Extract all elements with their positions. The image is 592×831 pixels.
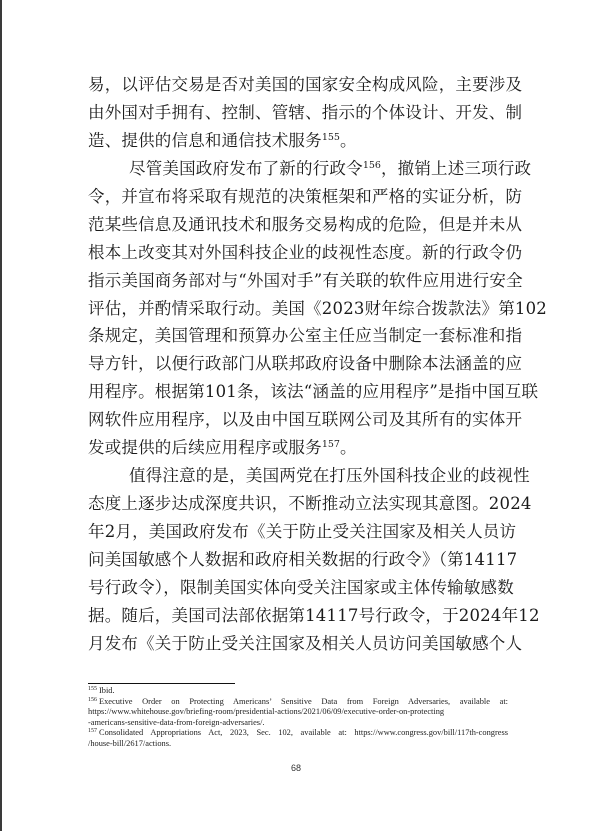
line-text: 由外国对手拥有、控制、管辖、指示的个体设计、开发、制 (88, 103, 522, 122)
body-line: 年2月，美国政府发布《关于防止受关注国家及相关人员访 (88, 518, 508, 546)
line-text: 尽管美国政府发布了新的行政令 (129, 159, 363, 178)
footnotes: 155Ibid. 156Executive Order on Protectin… (88, 686, 508, 750)
body-line: 易，以评估交易是否对美国的国家安全构成风险，主要涉及 (88, 71, 508, 99)
line-text: 。 (340, 438, 357, 457)
body-line: 指示美国商务部对与“外国对手”有关联的软件应用进行安全 (88, 267, 508, 295)
line-text: 易，以评估交易是否对美国的国家安全构成风险，主要涉及 (88, 75, 522, 94)
body-line: 号行政令），限制美国实体向受关注国家或主体传输敏感数 (88, 574, 508, 602)
body-line: 条规定，美国管理和预算办公室主任应当制定一套标准和指 (88, 322, 508, 350)
footnote-separator (88, 683, 235, 684)
line-text: 网软件应用程序，以及由中国互联网公司及其所有的实体开 (88, 410, 522, 429)
body-line: 发或提供的后续应用程序或服务157。 (88, 434, 508, 462)
footnote-ref-156[interactable]: 156 (363, 160, 381, 171)
footnote-text: Consolidated Appropriations Act, 2023, S… (99, 728, 508, 737)
line-text: 年2月，美国政府发布《关于防止受关注国家及相关人员访 (88, 522, 516, 541)
footnote-text: Executive Order on Protecting Americans’… (99, 697, 508, 706)
line-text: 值得注意的是，美国两党在打压外国科技企业的歧视性 (129, 466, 530, 485)
footnote-ref-155[interactable]: 155 (322, 132, 340, 143)
line-text: 月发布《关于防止受关注国家及相关人员访问美国敏感个人 (88, 634, 522, 653)
body-line: 月发布《关于防止受关注国家及相关人员访问美国敏感个人 (88, 630, 508, 658)
footnote-text: Ibid. (99, 686, 115, 695)
line-text: 造、提供的信息和通信技术服务 (88, 131, 322, 150)
body-line: 用程序。根据第101条，该法“涵盖的应用程序”是指中国互联 (88, 378, 508, 406)
line-text: 。 (340, 131, 357, 150)
footnote-link[interactable]: -americans-sensitive-data-from-foreign-a… (88, 718, 265, 727)
footnote-156-url-cont[interactable]: -americans-sensitive-data-from-foreign-a… (88, 718, 508, 729)
body-line: 问美国敏感个人数据和政府相关数据的行政令》（第14117 (88, 546, 508, 574)
line-text: 据。随后，美国司法部依据第14117号行政令，于2024年12 (88, 606, 540, 625)
line-text: 根本上改变其对外国科技企业的歧视性态度。新的行政令仍 (88, 243, 522, 262)
body-line: 根本上改变其对外国科技企业的歧视性态度。新的行政令仍 (88, 239, 508, 267)
page-left-border (0, 0, 2, 831)
footnote-number: 157 (88, 728, 97, 734)
body-line: 网软件应用程序，以及由中国互联网公司及其所有的实体开 (88, 406, 508, 434)
line-text: 用程序。根据第101条，该法“涵盖的应用程序”是指中国互联 (88, 382, 538, 401)
line-text: 范某些信息及通讯技术和服务交易构成的危险，但是并未从 (88, 215, 522, 234)
body-line: 尽管美国政府发布了新的行政令156，撤销上述三项行政 (88, 155, 508, 183)
body-line: 造、提供的信息和通信技术服务155。 (88, 127, 508, 155)
body-line: 令，并宣布将采取有规范的决策框架和严格的实证分析，防 (88, 183, 508, 211)
body-line: 评估，并酌情采取行动。美国《2023财年综合拨款法》第102 (88, 295, 508, 323)
footnote-156: 156Executive Order on Protecting America… (88, 697, 508, 708)
page-number: 68 (0, 763, 592, 773)
body-line: 值得注意的是，美国两党在打压外国科技企业的歧视性 (88, 462, 508, 490)
footnote-ref-157[interactable]: 157 (322, 439, 340, 450)
body-line: 据。随后，美国司法部依据第14117号行政令，于2024年12 (88, 602, 508, 630)
body-text: 易，以评估交易是否对美国的国家安全构成风险，主要涉及 由外国对手拥有、控制、管辖… (88, 71, 508, 658)
footnote-157-url-cont[interactable]: /house-bill/2617/actions. (88, 739, 508, 750)
footnote-link[interactable]: https://www.whitehouse.gov/briefing-room… (88, 707, 444, 716)
body-line: 导方针，以便行政部门从联邦政府设备中删除本法涵盖的应 (88, 350, 508, 378)
footnote-157: 157Consolidated Appropriations Act, 2023… (88, 728, 508, 739)
line-text: 指示美国商务部对与“外国对手”有关联的软件应用进行安全 (88, 271, 523, 290)
body-line: 范某些信息及通讯技术和服务交易构成的危险，但是并未从 (88, 211, 508, 239)
line-text: 条规定，美国管理和预算办公室主任应当制定一套标准和指 (88, 326, 522, 345)
body-line: 由外国对手拥有、控制、管辖、指示的个体设计、开发、制 (88, 99, 508, 127)
line-text: 号行政令），限制美国实体向受关注国家或主体传输敏感数 (88, 578, 514, 597)
footnote-number: 156 (88, 697, 97, 703)
footnote-link[interactable]: /house-bill/2617/actions. (88, 739, 171, 748)
footnote-number: 155 (88, 686, 97, 692)
line-text: ，撤销上述三项行政 (381, 159, 531, 178)
line-text: 令，并宣布将采取有规范的决策框架和严格的实证分析，防 (88, 187, 522, 206)
line-text: 态度上逐步达成深度共识，不断推动立法实现其意图。2024 (88, 494, 532, 513)
footnote-155: 155Ibid. (88, 686, 508, 697)
line-text: 评估，并酌情采取行动。美国《2023财年综合拨款法》第102 (88, 299, 547, 318)
line-text: 发或提供的后续应用程序或服务 (88, 438, 322, 457)
footnote-156-url[interactable]: https://www.whitehouse.gov/briefing-room… (88, 707, 508, 718)
line-text: 导方针，以便行政部门从联邦政府设备中删除本法涵盖的应 (88, 354, 522, 373)
line-text: 问美国敏感个人数据和政府相关数据的行政令》（第14117 (88, 550, 517, 569)
body-line: 态度上逐步达成深度共识，不断推动立法实现其意图。2024 (88, 490, 508, 518)
